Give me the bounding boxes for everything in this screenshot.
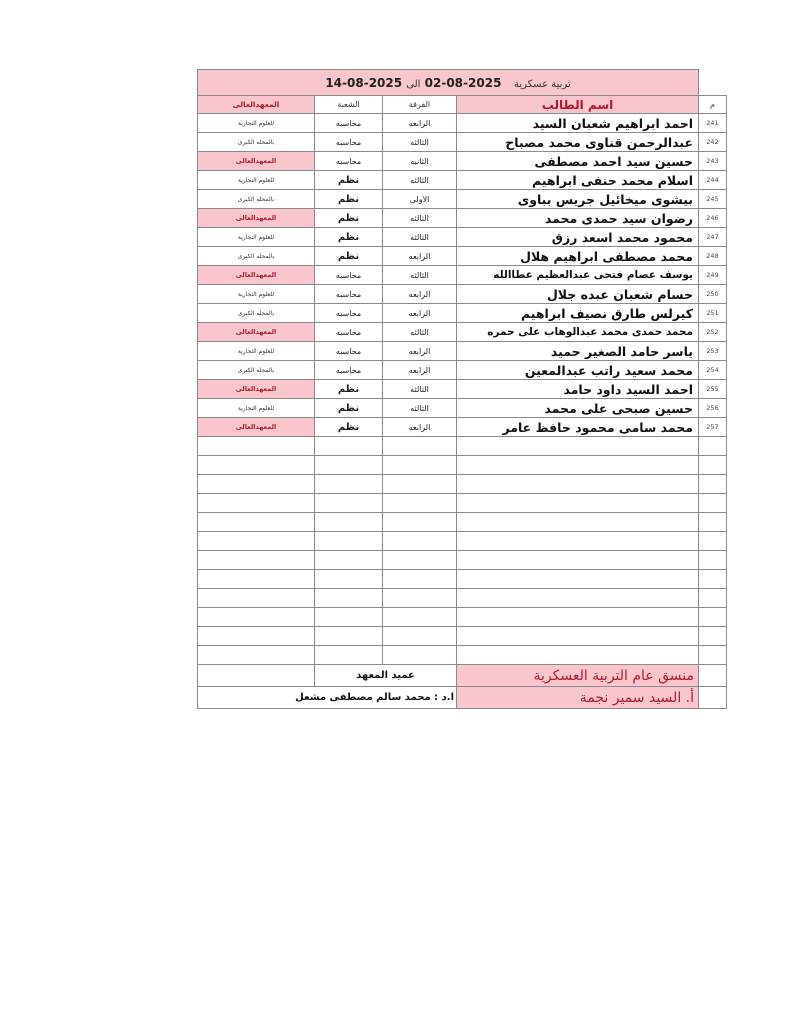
student-name: عبدالرحمن قناوى محمد مصباح xyxy=(457,133,699,152)
empty-cell xyxy=(315,627,383,646)
empty-cell xyxy=(699,627,727,646)
empty-row xyxy=(198,589,727,608)
empty-cell xyxy=(699,570,727,589)
row-number: 245 xyxy=(699,190,727,209)
student-name: محمد سامى محمود حافظ عامر xyxy=(457,418,699,437)
empty-cell xyxy=(457,646,699,665)
student-year: الرابعه xyxy=(383,361,457,380)
empty-cell xyxy=(198,513,315,532)
empty-cell xyxy=(315,646,383,665)
student-year: الثالثه xyxy=(383,399,457,418)
empty-cell xyxy=(457,513,699,532)
empty-cell xyxy=(699,456,727,475)
student-year: الثالثه xyxy=(383,209,457,228)
empty-cell xyxy=(699,551,727,570)
footer-blank-cell xyxy=(198,665,315,687)
student-dept: محاسبه xyxy=(315,114,383,133)
coordinator-title: منسق عام التربية العسكرية xyxy=(457,665,699,687)
empty-cell xyxy=(383,437,457,456)
student-institute: للعلوم التجارية xyxy=(198,285,315,304)
student-dept: محاسبه xyxy=(315,304,383,323)
table-row: 251كيرلس طارق نصيف ابراهيمالرابعهمحاسبهب… xyxy=(198,304,727,323)
student-year: الرابعه xyxy=(383,114,457,133)
table-row: 242عبدالرحمن قناوى محمد مصباحالثالثهمحاس… xyxy=(198,133,727,152)
empty-cell xyxy=(198,532,315,551)
student-institute: المعهدالعالى xyxy=(198,266,315,285)
empty-cell xyxy=(383,589,457,608)
table-row: 249يوسف عصام فتحى عبدالعظيم عطااللهالثال… xyxy=(198,266,727,285)
empty-cell xyxy=(315,494,383,513)
empty-cell xyxy=(383,627,457,646)
student-institute: المعهدالعالى xyxy=(198,380,315,399)
student-name: احمد السيد داود حامد xyxy=(457,380,699,399)
footer-row-titles: منسق عام التربية العسكرية عميد المعهد xyxy=(198,665,727,687)
empty-cell xyxy=(699,494,727,513)
empty-cell xyxy=(457,532,699,551)
table-row: 248محمد مصطفى ابراهيم هلالالرابعهنظمبالم… xyxy=(198,247,727,266)
empty-cell xyxy=(198,646,315,665)
student-dept: محاسبه xyxy=(315,285,383,304)
header-num: م xyxy=(699,96,727,114)
student-name: اسلام محمد حنفى ابراهيم xyxy=(457,171,699,190)
empty-cell xyxy=(383,551,457,570)
empty-cell xyxy=(198,608,315,627)
student-institute: بالمحله الكبرى xyxy=(198,361,315,380)
student-dept: محاسبه xyxy=(315,266,383,285)
title-label: تربية عسكرية xyxy=(514,79,571,90)
student-name: محمد مصطفى ابراهيم هلال xyxy=(457,247,699,266)
empty-cell xyxy=(699,589,727,608)
empty-cell xyxy=(383,456,457,475)
empty-cell xyxy=(699,646,727,665)
empty-cell xyxy=(198,627,315,646)
empty-cell xyxy=(198,570,315,589)
student-dept: نظم xyxy=(315,399,383,418)
row-number: 249 xyxy=(699,266,727,285)
student-name: محمد حمدى محمد عبدالوهاب على حمره xyxy=(457,323,699,342)
empty-cell xyxy=(457,494,699,513)
student-year: الثالثه xyxy=(383,171,457,190)
table-row: 254محمد سعيد راتب عبدالمعينالرابعهمحاسبه… xyxy=(198,361,727,380)
student-institute: للعلوم التجارية xyxy=(198,114,315,133)
student-dept: نظم xyxy=(315,228,383,247)
empty-cell xyxy=(457,437,699,456)
student-institute: بالمحله الكبرى xyxy=(198,190,315,209)
empty-cell xyxy=(383,608,457,627)
table-row: 241احمد ابراهيم شعبان السيدالرابعهمحاسبه… xyxy=(198,114,727,133)
table-row: 253ياسر حامد الصغير حميدالرابعهمحاسبهللع… xyxy=(198,342,727,361)
row-number: 251 xyxy=(699,304,727,323)
header-inst: المعهدالعالى xyxy=(198,96,315,114)
student-institute: للعلوم التجارية xyxy=(198,342,315,361)
student-institute: بالمحله الكبرى xyxy=(198,304,315,323)
student-institute: للعلوم التجارية xyxy=(198,399,315,418)
empty-cell xyxy=(315,551,383,570)
empty-cell xyxy=(198,589,315,608)
row-number: 255 xyxy=(699,380,727,399)
table-row: 243حسين سيد احمد مصطفىالثانيهمحاسبهالمعه… xyxy=(198,152,727,171)
student-dept: محاسبه xyxy=(315,342,383,361)
row-number: 252 xyxy=(699,323,727,342)
empty-row xyxy=(198,627,727,646)
empty-cell xyxy=(198,475,315,494)
row-number: 241 xyxy=(699,114,727,133)
footer-blank-cell xyxy=(699,665,727,687)
empty-row xyxy=(198,456,727,475)
student-institute: المعهدالعالى xyxy=(198,323,315,342)
empty-row xyxy=(198,494,727,513)
empty-row xyxy=(198,475,727,494)
student-name: يوسف عصام فتحى عبدالعظيم عطاالله xyxy=(457,266,699,285)
empty-cell xyxy=(699,532,727,551)
empty-cell xyxy=(198,494,315,513)
empty-cell xyxy=(198,437,315,456)
row-number: 246 xyxy=(699,209,727,228)
empty-cell xyxy=(315,589,383,608)
empty-cell xyxy=(457,475,699,494)
student-year: الثالثه xyxy=(383,266,457,285)
footer-row-names: أ. السيد سمير نجمة ا.د : محمد سالم مصطفى… xyxy=(198,687,727,709)
empty-cell xyxy=(315,608,383,627)
student-dept: محاسبه xyxy=(315,152,383,171)
title-date-to: 2025-08-14 xyxy=(325,76,402,90)
empty-row xyxy=(198,608,727,627)
table-row: 255احمد السيد داود حامدالثالثهنظمالمعهدا… xyxy=(198,380,727,399)
student-institute: للعلوم التجارية xyxy=(198,228,315,247)
student-institute: المعهدالعالى xyxy=(198,152,315,171)
table-row: 246رضوان سيد حمدى محمدالثالثهنظمالمعهدال… xyxy=(198,209,727,228)
empty-cell xyxy=(315,437,383,456)
student-institute: بالمحله الكبرى xyxy=(198,133,315,152)
student-year: الثانيه xyxy=(383,152,457,171)
row-number: 254 xyxy=(699,361,727,380)
table-row: 250حسام شعبان عبده جلالالرابعهمحاسبهللعل… xyxy=(198,285,727,304)
empty-cell xyxy=(383,475,457,494)
student-name: محمد سعيد راتب عبدالمعين xyxy=(457,361,699,380)
empty-cell xyxy=(315,475,383,494)
student-name: حسين سيد احمد مصطفى xyxy=(457,152,699,171)
title-date-from: 2025-08-02 xyxy=(425,76,502,90)
empty-row xyxy=(198,551,727,570)
student-year: الثالثه xyxy=(383,133,457,152)
empty-cell xyxy=(383,646,457,665)
header-year: الفرقة xyxy=(383,96,457,114)
empty-row xyxy=(198,437,727,456)
student-name: احمد ابراهيم شعبان السيد xyxy=(457,114,699,133)
empty-cell xyxy=(699,608,727,627)
student-year: الثالثه xyxy=(383,323,457,342)
student-dept: نظم xyxy=(315,418,383,437)
student-institute: بالمحله الكبرى xyxy=(198,247,315,266)
dean-name: ا.د : محمد سالم مصطفى مشعل xyxy=(198,687,457,709)
student-name: رضوان سيد حمدى محمد xyxy=(457,209,699,228)
student-institute: للعلوم التجارية xyxy=(198,171,315,190)
student-name: محمود محمد اسعد رزق xyxy=(457,228,699,247)
empty-cell xyxy=(315,513,383,532)
student-year: الرابعه xyxy=(383,304,457,323)
student-name: حسام شعبان عبده جلال xyxy=(457,285,699,304)
empty-cell xyxy=(457,589,699,608)
table-row: 247محمود محمد اسعد رزقالثالثهنظمللعلوم ا… xyxy=(198,228,727,247)
student-dept: نظم xyxy=(315,247,383,266)
empty-row xyxy=(198,513,727,532)
empty-cell xyxy=(383,570,457,589)
empty-cell xyxy=(699,513,727,532)
student-institute: المعهدالعالى xyxy=(198,418,315,437)
row-number: 250 xyxy=(699,285,727,304)
title-row: تربية عسكرية 2025-08-02 الى 2025-08-14 xyxy=(198,70,727,96)
empty-cell xyxy=(457,551,699,570)
student-institute: المعهدالعالى xyxy=(198,209,315,228)
empty-cell xyxy=(699,437,727,456)
row-number: 256 xyxy=(699,399,727,418)
row-number: 243 xyxy=(699,152,727,171)
header-dept: الشعبة xyxy=(315,96,383,114)
student-year: الرابعه xyxy=(383,418,457,437)
student-year: الاولى xyxy=(383,190,457,209)
empty-cell xyxy=(198,551,315,570)
student-dept: نظم xyxy=(315,171,383,190)
header-name: اسم الطالب xyxy=(457,96,699,114)
student-year: الرابعه xyxy=(383,247,457,266)
row-number: 257 xyxy=(699,418,727,437)
student-dept: محاسبه xyxy=(315,323,383,342)
header-row: م اسم الطالب الفرقة الشعبة المعهدالعالى xyxy=(198,96,727,114)
student-dept: نظم xyxy=(315,209,383,228)
table-row: 257محمد سامى محمود حافظ عامرالرابعهنظمال… xyxy=(198,418,727,437)
table-row: 245بيشوى ميخائيل جريس بباوىالاولىنظمبالم… xyxy=(198,190,727,209)
row-number: 247 xyxy=(699,228,727,247)
empty-cell xyxy=(315,532,383,551)
student-dept: نظم xyxy=(315,190,383,209)
row-number: 244 xyxy=(699,171,727,190)
table-row: 244اسلام محمد حنفى ابراهيمالثالثهنظمللعل… xyxy=(198,171,727,190)
empty-row xyxy=(198,532,727,551)
title-connector: الى xyxy=(406,79,420,90)
students-table: تربية عسكرية 2025-08-02 الى 2025-08-14 م… xyxy=(197,69,727,709)
student-name: بيشوى ميخائيل جريس بباوى xyxy=(457,190,699,209)
student-name: حسين صبحى على محمد xyxy=(457,399,699,418)
empty-row xyxy=(198,570,727,589)
student-dept: محاسبه xyxy=(315,361,383,380)
student-name: كيرلس طارق نصيف ابراهيم xyxy=(457,304,699,323)
attendance-sheet: تربية عسكرية 2025-08-02 الى 2025-08-14 م… xyxy=(197,69,726,709)
row-number: 242 xyxy=(699,133,727,152)
sheet-title: تربية عسكرية 2025-08-02 الى 2025-08-14 xyxy=(198,70,699,96)
empty-row xyxy=(198,646,727,665)
empty-cell xyxy=(315,456,383,475)
student-dept: محاسبه xyxy=(315,133,383,152)
empty-cell xyxy=(457,456,699,475)
student-year: الرابعه xyxy=(383,342,457,361)
footer-blank-cell xyxy=(699,687,727,709)
student-year: الثالثه xyxy=(383,380,457,399)
empty-cell xyxy=(457,570,699,589)
empty-cell xyxy=(457,608,699,627)
empty-cell xyxy=(383,513,457,532)
title-blank-cell xyxy=(699,70,727,96)
empty-cell xyxy=(198,456,315,475)
student-dept: نظم xyxy=(315,380,383,399)
row-number: 253 xyxy=(699,342,727,361)
empty-cell xyxy=(383,494,457,513)
empty-cell xyxy=(457,627,699,646)
coordinator-name: أ. السيد سمير نجمة xyxy=(457,687,699,709)
table-row: 252محمد حمدى محمد عبدالوهاب على حمرهالثا… xyxy=(198,323,727,342)
row-number: 248 xyxy=(699,247,727,266)
dean-title: عميد المعهد xyxy=(315,665,457,687)
table-row: 256حسين صبحى على محمدالثالثهنظمللعلوم ال… xyxy=(198,399,727,418)
student-year: الثالثه xyxy=(383,228,457,247)
empty-cell xyxy=(315,570,383,589)
empty-cell xyxy=(383,532,457,551)
student-year: الرابعه xyxy=(383,285,457,304)
student-name: ياسر حامد الصغير حميد xyxy=(457,342,699,361)
empty-cell xyxy=(699,475,727,494)
